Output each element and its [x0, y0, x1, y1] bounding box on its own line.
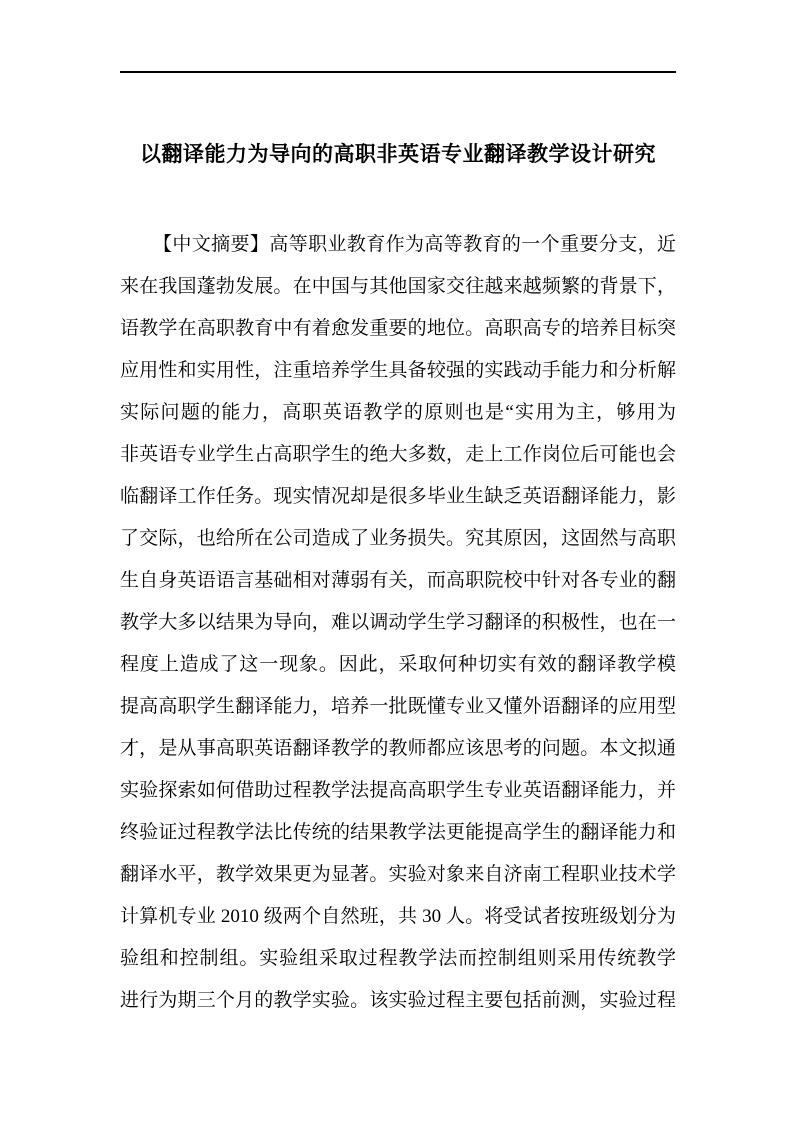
text-line: 翻译水平，教学效果更为显著。实验对象来自济南工程职业技术学院: [120, 854, 676, 896]
text-line: 来在我国蓬勃发展。在中国与其他国家交往越来越频繁的背景下，英: [120, 266, 676, 308]
text-line: 生自身英语语言基础相对薄弱有关，而高职院校中针对各专业的翻译: [120, 560, 676, 602]
text-line: 应用性和实用性，注重培养学生具备较强的实践动手能力和分析解决: [120, 350, 676, 392]
text-line: 进行为期三个月的教学实验。该实验过程主要包括前测，实验过程和: [120, 980, 676, 1022]
abstract-paragraph: 【中文摘要】高等职业教育作为高等教育的一个重要分支，近年来在我国蓬勃发展。在中国…: [120, 224, 676, 1022]
text-line: 终验证过程教学法比传统的结果教学法更能提高学生的翻译能力和: [120, 812, 676, 854]
document-title: 以翻译能力为导向的高职非英语专业翻译教学设计研究: [120, 138, 676, 170]
text-line: 非英语专业学生占高职学生的绝大多数，走上工作岗位后可能也会面: [120, 434, 676, 476]
text-line: 【中文摘要】高等职业教育作为高等教育的一个重要分支，近年: [120, 224, 676, 266]
document-page: 以翻译能力为导向的高职非英语专业翻译教学设计研究 【中文摘要】高等职业教育作为高…: [0, 0, 793, 1122]
text-line: 程度上造成了这一现象。因此，采取何种切实有效的翻译教学模式，: [120, 644, 676, 686]
text-line: 临翻译工作任务。现实情况却是很多毕业生缺乏英语翻译能力，影响: [120, 476, 676, 518]
text-line: 提高高职学生翻译能力，培养一批既懂专业又懂外语翻译的应用型人: [120, 686, 676, 728]
text-line: 才，是从事高职英语翻译教学的教师都应该思考的问题。本文拟通过: [120, 728, 676, 770]
text-line: 实验探索如何借助过程教学法提高高职学生专业英语翻译能力，并最: [120, 770, 676, 812]
text-line: 语教学在高职教育中有着愈发重要的地位。高职高专的培养目标突出: [120, 308, 676, 350]
text-line: 验组和控制组。实验组采取过程教学法而控制组则采用传统教学法，: [120, 938, 676, 980]
header-rule: [120, 71, 676, 73]
text-line: 了交际，也给所在公司造成了业务损失。究其原因，这固然与高职学: [120, 518, 676, 560]
text-line: 教学大多以结果为导向，难以调动学生学习翻译的积极性，也在一定: [120, 602, 676, 644]
text-line: 实际问题的能力，高职英语教学的原则也是“实用为主，够用为度”。: [120, 392, 676, 434]
text-line: 计算机专业 2010 级两个自然班，共 30 人。将受试者按班级划分为实: [120, 896, 676, 938]
